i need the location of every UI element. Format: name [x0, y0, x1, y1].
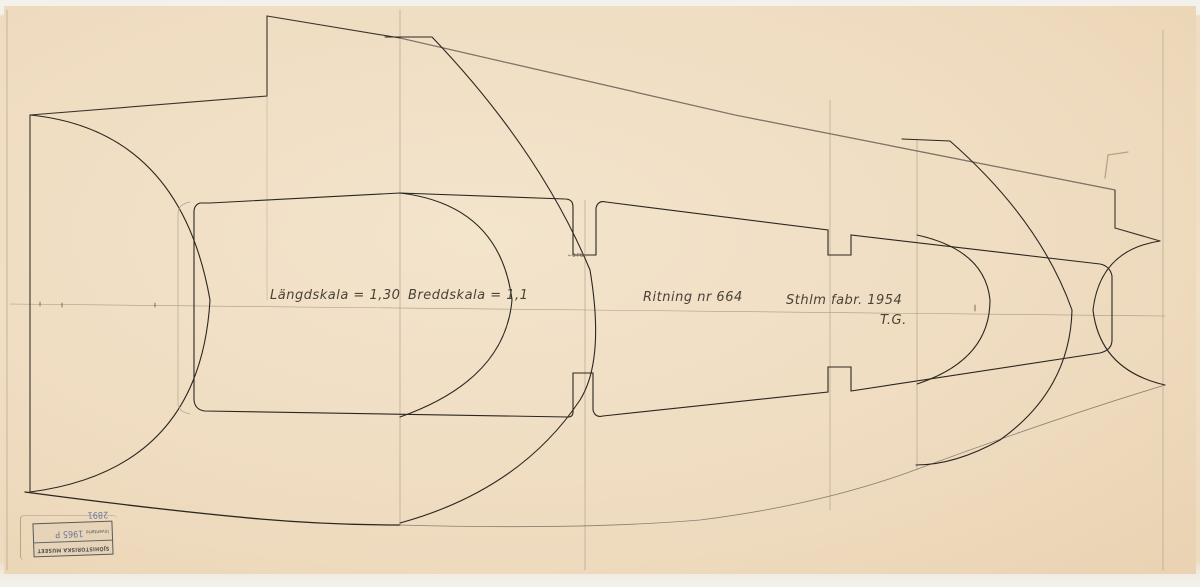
length-scale-label: Längdskala = 1,30: [270, 288, 400, 303]
initials-label: T.G.: [880, 313, 907, 328]
hull-lines-drawing: [0, 0, 1200, 587]
stamp-number-row: Inventarie 1965 P 2891: [33, 505, 112, 543]
station-grid-lines: [7, 10, 1165, 570]
place-date-label: Sthlm fabr. 1954: [786, 293, 902, 308]
museum-stamp: SJÖHISTORISKA MUSEET Inventarie 1965 P 2…: [32, 521, 113, 558]
stamp-institution: SJÖHISTORISKA MUSEET: [34, 540, 112, 557]
stamp-number: 1965 P 2891: [55, 509, 108, 539]
sheer-line: [30, 16, 1160, 492]
deck-outline: [194, 193, 1112, 417]
dimension-note: ←3 FO→: [568, 253, 588, 259]
section-curves: [30, 37, 1165, 523]
width-scale-label: Breddskala = 1,1: [408, 288, 528, 303]
stamp-label: Inventarie: [86, 528, 109, 535]
drawing-sheet: Längdskala = 1,30 Breddskala = 1,1 Ritni…: [0, 0, 1200, 587]
drawing-number-label: Ritning nr 664: [643, 290, 743, 305]
